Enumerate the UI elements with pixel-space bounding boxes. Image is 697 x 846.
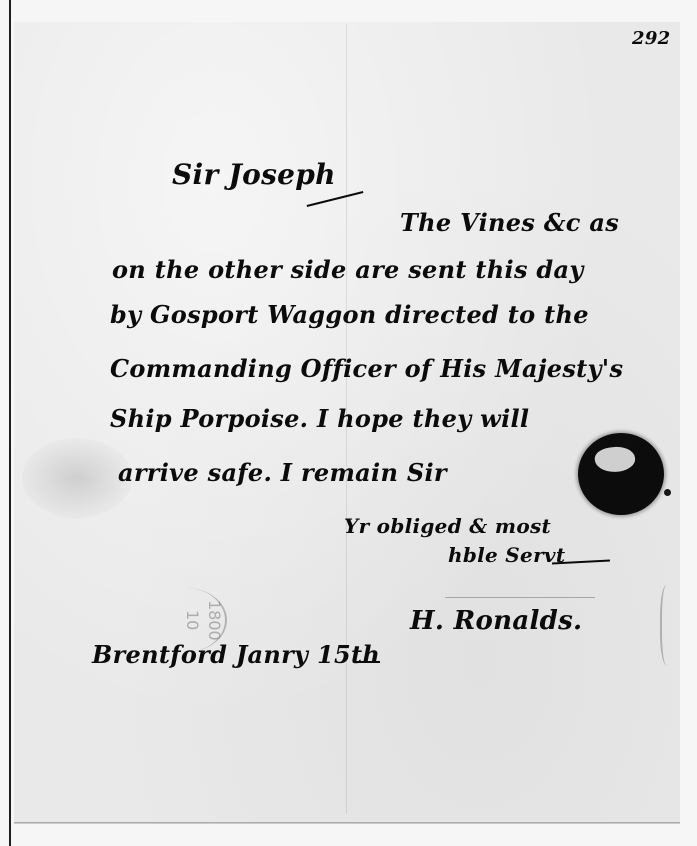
paper-stain [22,438,132,518]
folio-number: 292 [632,28,670,49]
sheet-bottom-edge [14,822,680,824]
wax-seal [578,433,664,515]
body-line: arrive safe. I remain Sir [118,458,447,487]
signature: H. Ronalds. [410,606,582,636]
closing-line: Yr obliged & most [344,514,551,538]
edge-mark [660,585,676,665]
binding-edge [9,0,11,846]
faint-rule [445,597,595,598]
wax-drop [664,489,671,496]
closing-line: hble Servt [448,543,565,567]
body-line: The Vines &c as [400,208,619,237]
body-line: Ship Porpoise. I hope they will [110,404,529,433]
salutation: Sir Joseph [172,158,336,191]
dateline: Brentford Janry 15th [92,640,380,669]
body-line: on the other side are sent this day [112,255,584,284]
body-line: by Gosport Waggon directed to the [110,300,589,329]
seal-worn-area [593,444,636,474]
dateline-dash [354,661,380,663]
body-line: Commanding Officer of His Majesty's [110,354,623,383]
